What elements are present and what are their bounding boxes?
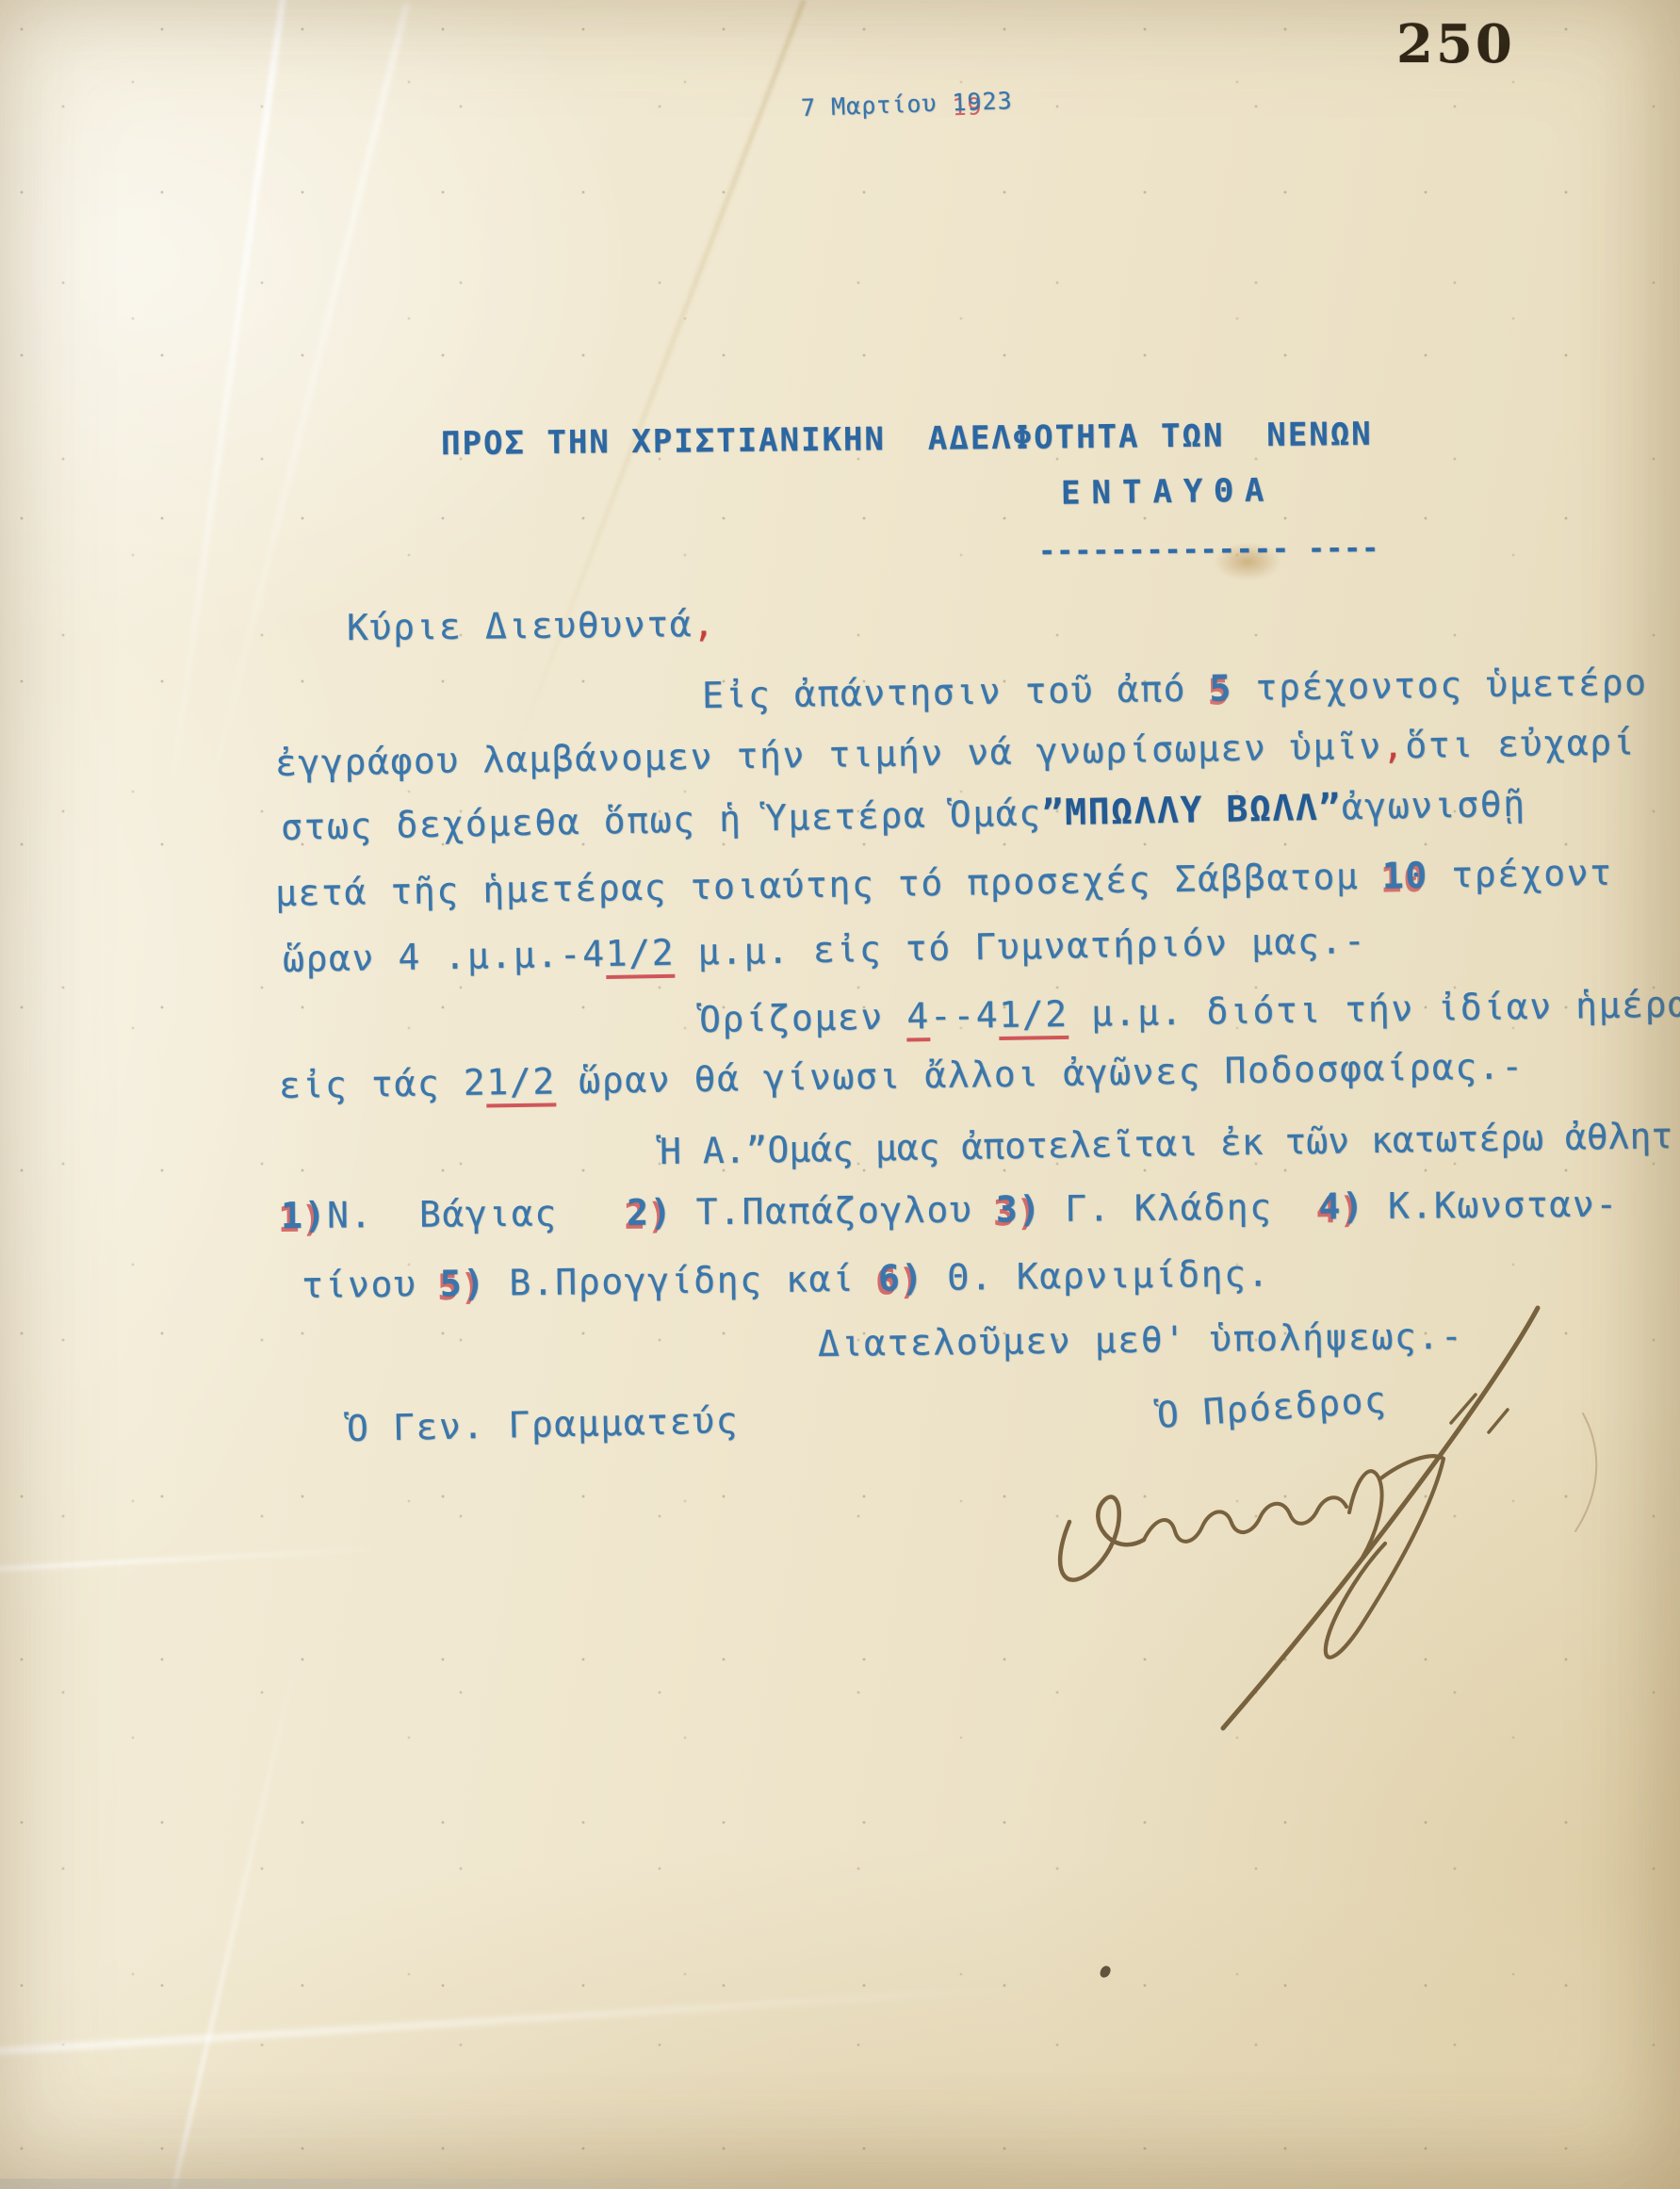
- body-line-7: εἰς τάς 21/2 ὥραν θά γίνωσι ἄλλοι ἀγῶνες…: [279, 1045, 1525, 1106]
- text-segment: μ.μ. εἰς τό Γυμνατήριόν μας.-: [675, 920, 1367, 973]
- text-segment: Ν. Βάγιας: [327, 1192, 628, 1236]
- text-segment: ,: [693, 603, 716, 645]
- text-segment: 7 Μαρτίου: [800, 89, 952, 122]
- text-segment: ὥραν 4 .μ.μ.-4: [283, 933, 606, 980]
- text-segment: 1/2: [999, 993, 1068, 1040]
- text-segment: 4: [906, 995, 930, 1041]
- text-segment: Διατελοῦμεν μεθ' ὑπολήψεως.-: [818, 1315, 1464, 1364]
- text-segment: 6): [878, 1257, 925, 1299]
- body-line-8: Ἡ Α.”Ομάς μας ἀποτελεῖται ἐκ τῶν κατωτέρ…: [660, 1115, 1673, 1172]
- letter-page: 250 ΠΡΟΣ ΤΗΝ ΧΡΙΣΤΙΑΝΙΚΗΝ ΑΔΕΛΦΟΤΗΤΑ ΤΩΝ…: [0, 0, 1680, 2189]
- text-segment: μ.μ. διότι τήν ἰδίαν ἡμέραν: [1068, 983, 1680, 1035]
- text-segment: ,: [1381, 725, 1405, 766]
- text-segment: ἐγγράφου λαμβάνομεν τήν τιμήν νά γνωρίσω…: [275, 726, 1382, 784]
- president-label: Ὁ Πρόεδρος: [1155, 1379, 1388, 1436]
- text-segment: 1/2: [486, 1060, 556, 1107]
- text-segment: Β.Προγγίδης καί: [486, 1258, 879, 1304]
- body-line-2: ἐγγράφου λαμβάνομεν τήν τιμήν νά γνωρίσω…: [275, 721, 1637, 784]
- text-segment: Ὁ Πρόεδρος: [1155, 1379, 1388, 1436]
- text-segment: Ὁ Γεν. Γραμματεύς: [347, 1399, 740, 1449]
- text-segment: εἰς τάς 2: [279, 1062, 487, 1106]
- body-line-3: στως δεχόμεθα ὅπως ἡ Ὑμετέρα Ὁμάς”ΜΠΩΛΛΥ…: [281, 783, 1526, 848]
- salutation-line: Κύριε Διευθυντά,: [347, 603, 716, 648]
- body-line-6: Ὁρίζομεν 4--41/2 μ.μ. διότι τήν ἰδίαν ἡμ…: [699, 983, 1680, 1040]
- text-segment: 5): [440, 1263, 487, 1305]
- body-line-5: ὥραν 4 .μ.μ.-41/2 μ.μ. εἰς τό Γυμνατήριό…: [283, 920, 1367, 980]
- text-segment: 5: [1209, 667, 1232, 709]
- text-segment: Θ. Καρνιμίδης.: [924, 1252, 1271, 1298]
- text-segment: 4): [1318, 1185, 1364, 1227]
- text-segment: Κ.Κωνσταν-: [1364, 1184, 1619, 1227]
- text-segment: Ὁρίζομεν: [699, 996, 907, 1040]
- body-line-10: τίνου 5) Β.Προγγίδης καί 6) Θ. Καρνιμίδη…: [302, 1252, 1271, 1306]
- text-segment: τρέχοντος ὑμετέρο: [1232, 662, 1648, 709]
- text-segment: Τ.Παπάζογλου: [673, 1188, 996, 1233]
- text-segment: 23: [982, 87, 1013, 115]
- text-segment: ὅτι εὐχαρί: [1405, 721, 1636, 766]
- text-segment: ἀγωνισθῇ: [1341, 783, 1526, 828]
- text-segment: Κύριε Διευθυντά: [347, 603, 693, 648]
- text-segment: 19: [952, 88, 983, 116]
- typed-text-layer: 7 Μαρτίου 1923Κύριε Διευθυντά,Εἰς ἀπάντη…: [0, 0, 1680, 2189]
- text-segment: --4: [929, 994, 999, 1037]
- date-line: 7 Μαρτίου 1923: [800, 87, 1013, 122]
- text-segment: 3): [996, 1188, 1042, 1230]
- body-line-4: μετά τῆς ἡμετέρας τοιαύτης τό προσεχές Σ…: [275, 852, 1613, 914]
- body-line-1: Εἰς ἀπάντησιν τοῦ ἀπό 5 τρέχοντος ὑμετέρ…: [702, 662, 1648, 716]
- text-segment: Εἰς ἀπάντησιν τοῦ ἀπό: [702, 667, 1210, 716]
- text-segment: 2): [627, 1191, 673, 1233]
- text-segment: τρέχοντ: [1427, 852, 1612, 896]
- text-segment: 10: [1381, 855, 1428, 897]
- body-line-9: 1)Ν. Βάγιας 2) Τ.Παπάζογλου 3) Γ. Κλάδης…: [281, 1184, 1619, 1236]
- text-segment: 1): [281, 1195, 327, 1236]
- text-segment: ὥραν θά γίνωσι ἄλλοι ἀγῶνες Ποδοσφαίρας.…: [555, 1045, 1525, 1102]
- text-segment: Ἡ Α.”Ομάς μας ἀποτελεῖται ἐκ τῶν κατωτέρ…: [660, 1115, 1673, 1172]
- text-segment: 1/2: [605, 932, 675, 979]
- text-segment: μετά τῆς ἡμετέρας τοιαύτης τό προσεχές Σ…: [275, 856, 1382, 914]
- text-segment: στως δεχόμεθα ὅπως ἡ Ὑμετέρα Ὁμάς: [281, 792, 1042, 847]
- closing-line: Διατελοῦμεν μεθ' ὑπολήψεως.-: [818, 1315, 1464, 1364]
- text-segment: ”ΜΠΩΛΛΥ ΒΩΛΛ”: [1041, 786, 1342, 833]
- text-segment: Γ. Κλάδης: [1042, 1185, 1319, 1230]
- text-segment: τίνου: [302, 1263, 440, 1306]
- secretary-label: Ὁ Γεν. Γραμματεύς: [347, 1399, 740, 1449]
